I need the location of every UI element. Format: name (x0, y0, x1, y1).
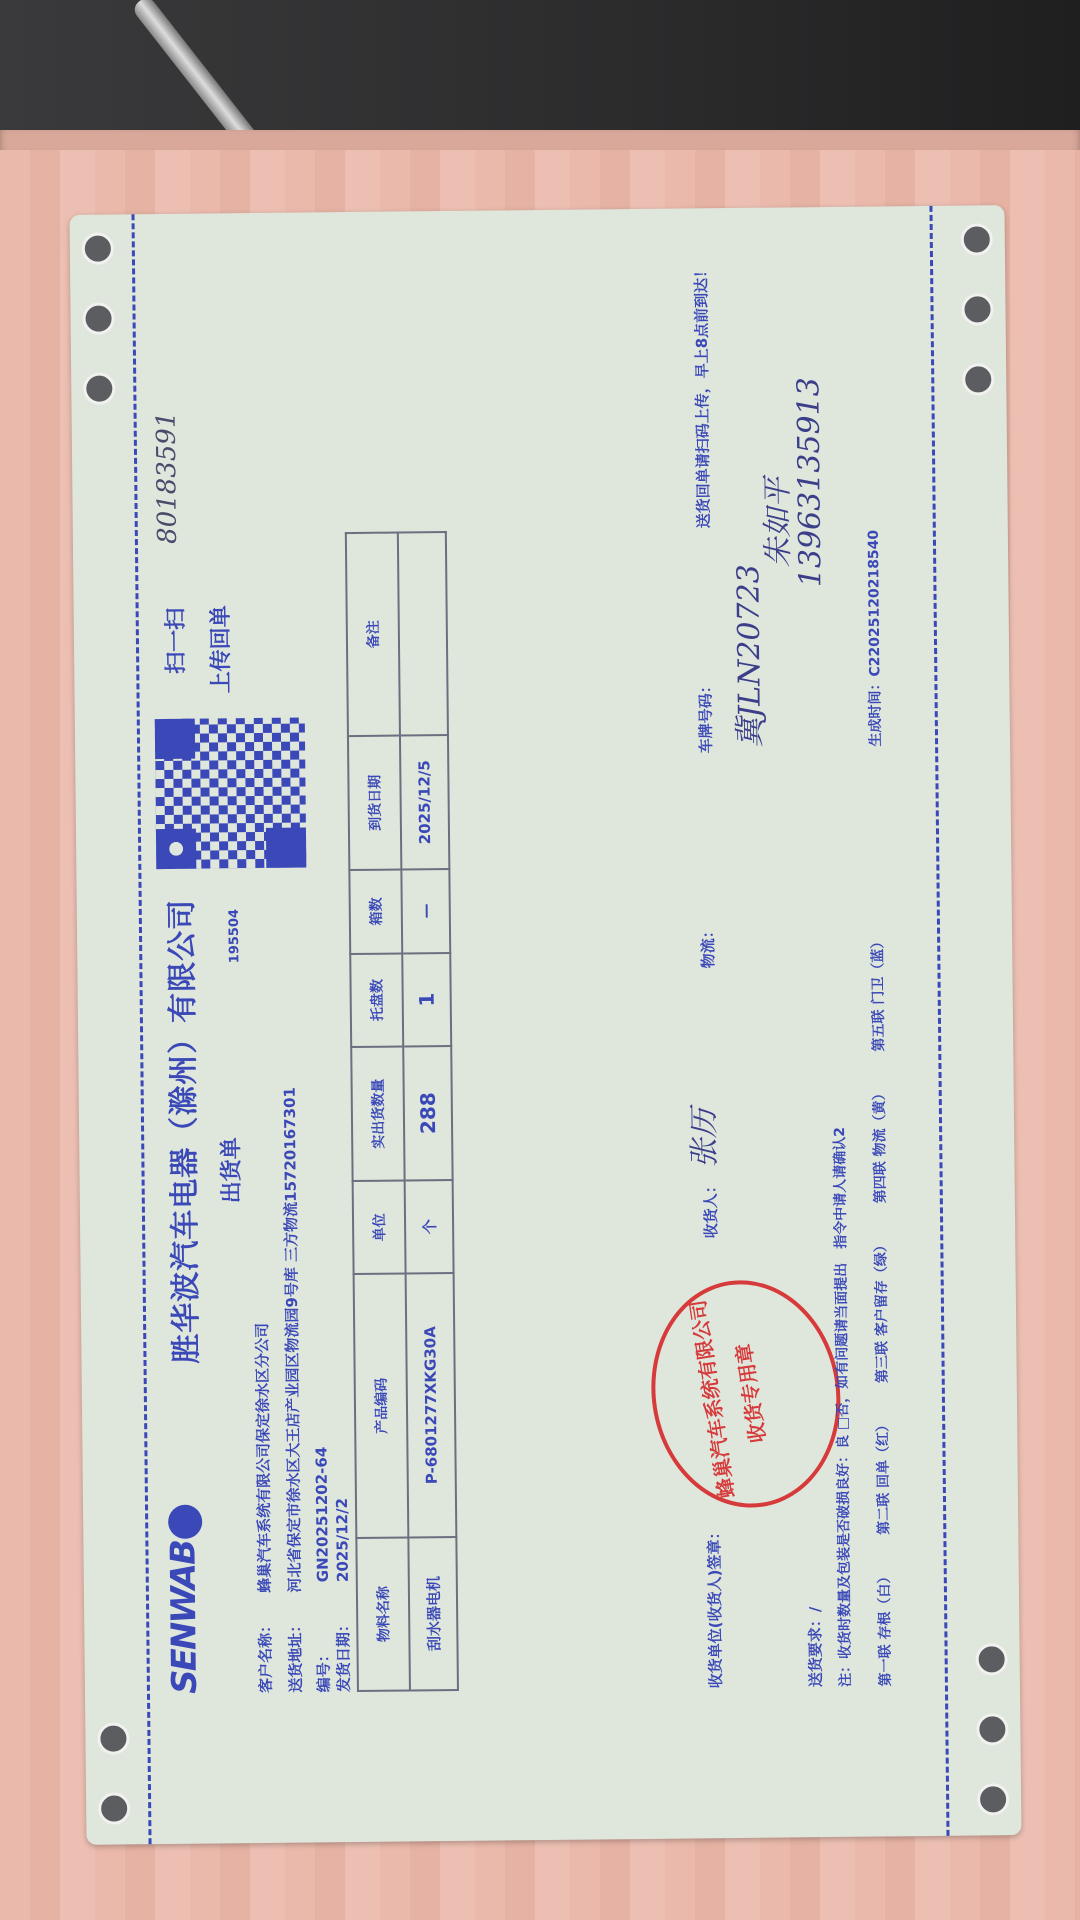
note: 注：收货时数量及包装是否破损良好：良 □否，如有问题请当面提出 指令中请人请确认… (829, 1127, 855, 1687)
logistics-label: 物流： (697, 923, 718, 968)
logo-ball-icon (168, 1505, 202, 1539)
cell-material: 刮水器电机 (408, 1537, 458, 1691)
address-label: 送货地址： (286, 1618, 305, 1693)
cell-code: P-6801277XKG30A (406, 1273, 457, 1537)
customer-value: 蜂巢汽车系统有限公司保定徐水区分公司 (253, 1323, 274, 1593)
copy-2: 第二联 回单（红） (875, 1418, 892, 1535)
driver-handwritten: 朱如平 (752, 477, 797, 567)
tractor-holes-bottom (954, 205, 1011, 1835)
cell-quantity: 288 (403, 1046, 452, 1180)
number-row: 编号： GN20251202-64 (310, 1447, 334, 1693)
receipt-stamp: 蜂巢汽车系统有限公司 收货专用章 (636, 1267, 856, 1521)
header-arrival-date: 到货日期 (348, 736, 401, 870)
document-content: SENWAB 胜华波汽车电器（滁州）有限公司 出货单 195504 扫一扫 上传… (69, 205, 1021, 1845)
plate-label: 车牌号码： (694, 678, 716, 753)
company-name: 胜华波汽车电器（滁州）有限公司 (157, 899, 206, 1364)
receiver-signature: 张历 (679, 1108, 724, 1168)
consignee-label: 收货单位(收货人)签章： (703, 1524, 726, 1688)
cell-unit: 个 (405, 1180, 454, 1274)
scan-label: 扫一扫 (159, 608, 191, 674)
ship-date-row: 发货日期： 2025/12/2 (331, 1498, 354, 1692)
ship-date-value: 2025/12/2 (333, 1498, 352, 1582)
copy-1: 第一联 存根（白） (877, 1570, 894, 1687)
ship-date-label: 发货日期： (334, 1617, 353, 1692)
driver-phone-handwritten: 13963135913 (791, 377, 828, 587)
header-material: 物料名称 (356, 1537, 410, 1691)
cell-remarks (398, 532, 448, 736)
items-table: 物料名称 产品编码 单位 实出货数量 托盘数 箱数 到货日期 备注 刮水器电机 … (345, 531, 459, 1692)
shipping-document: SENWAB 胜华波汽车电器（滁州）有限公司 出货单 195504 扫一扫 上传… (69, 205, 1021, 1845)
header-boxes: 箱数 (349, 869, 402, 953)
tractor-holes-top (75, 214, 132, 1844)
customer-label: 客户名称： (256, 1618, 275, 1693)
header-unit: 单位 (353, 1180, 406, 1274)
copy-4: 第四联 物流（黄） (872, 1086, 889, 1203)
company-logo: SENWAB (163, 1505, 205, 1694)
background-dark-area (0, 0, 1080, 150)
logo-text: SENWAB (163, 1541, 205, 1694)
cell-arrival-date: 2025/12/5 (400, 735, 449, 869)
address-row: 送货地址： 河北省保定市徐水区大王店产业园区物流园9号库 三方物流1572016… (279, 1087, 306, 1693)
header-remarks: 备注 (346, 533, 400, 737)
header-code: 产品编码 (354, 1274, 409, 1538)
header-quantity: 实出货数量 (351, 1047, 404, 1181)
delivery-requirement: 送货要求：/ (804, 1607, 826, 1688)
perforation-top (131, 214, 151, 1844)
cell-boxes: — (401, 869, 450, 953)
copy-3: 第三联 客户留存（绿） (873, 1238, 891, 1383)
handwritten-corner-number: 80183591 (152, 411, 183, 544)
cell-pallets: 1 (402, 953, 451, 1047)
print-time: 生成时间：C22025120218540 (863, 530, 885, 747)
header-pallets: 托盘数 (350, 953, 403, 1047)
customer-row: 客户名称： 蜂巢汽车系统有限公司保定徐水区分公司 (251, 1323, 276, 1693)
upload-label: 上传回单 (204, 605, 236, 693)
qr-code[interactable] (155, 718, 307, 870)
address-value: 河北省保定市徐水区大王店产业园区物流园9号库 三方物流15720167301 (281, 1087, 304, 1593)
copy-5: 第五联 门卫（蓝） (870, 935, 887, 1052)
serial-number: 195504 (227, 909, 243, 963)
plate-handwritten: 冀JLN20723 (723, 564, 769, 748)
upload-hint: 送货回单请扫码上传，早上8点前到达！ (690, 263, 714, 529)
receiver-label: 收货人： (700, 1178, 722, 1238)
number-value: GN20251202-64 (312, 1447, 331, 1583)
form-title: 出货单 (214, 1137, 246, 1203)
number-label: 编号： (315, 1647, 333, 1692)
copies-row: 第一联 存根（白） 第二联 回单（红） 第三联 客户留存（绿） 第四联 物流（黄… (867, 935, 895, 1687)
perforation-bottom (929, 206, 949, 1836)
